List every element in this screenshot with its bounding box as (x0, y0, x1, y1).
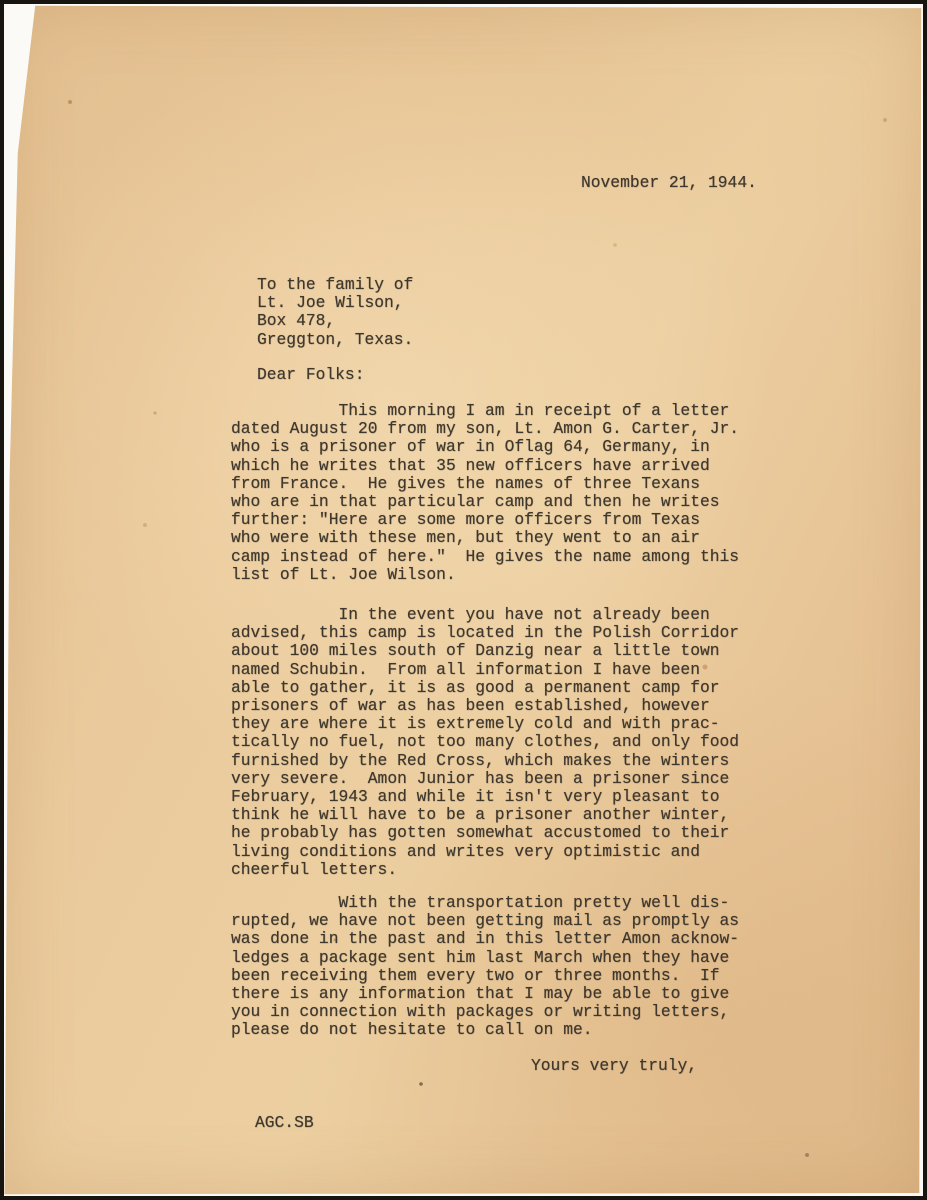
salutation: Dear Folks: (257, 366, 364, 384)
paper-speckles (4, 4, 6, 6)
body-paragraph-2: In the event you have not already been a… (231, 606, 739, 879)
scanned-letter-page: November 21, 1944. To the family of Lt. … (0, 0, 927, 1200)
letter-date: November 21, 1944. (581, 174, 757, 192)
closing-line: Yours very truly, (531, 1057, 697, 1075)
typist-initials: AGC.SB (255, 1114, 314, 1132)
letter-paper: November 21, 1944. To the family of Lt. … (4, 4, 923, 1196)
body-paragraph-3: With the transportation pretty well dis-… (231, 894, 739, 1040)
recipient-address: To the family of Lt. Joe Wilson, Box 478… (257, 276, 413, 349)
body-paragraph-1: This morning I am in receipt of a letter… (231, 402, 739, 584)
